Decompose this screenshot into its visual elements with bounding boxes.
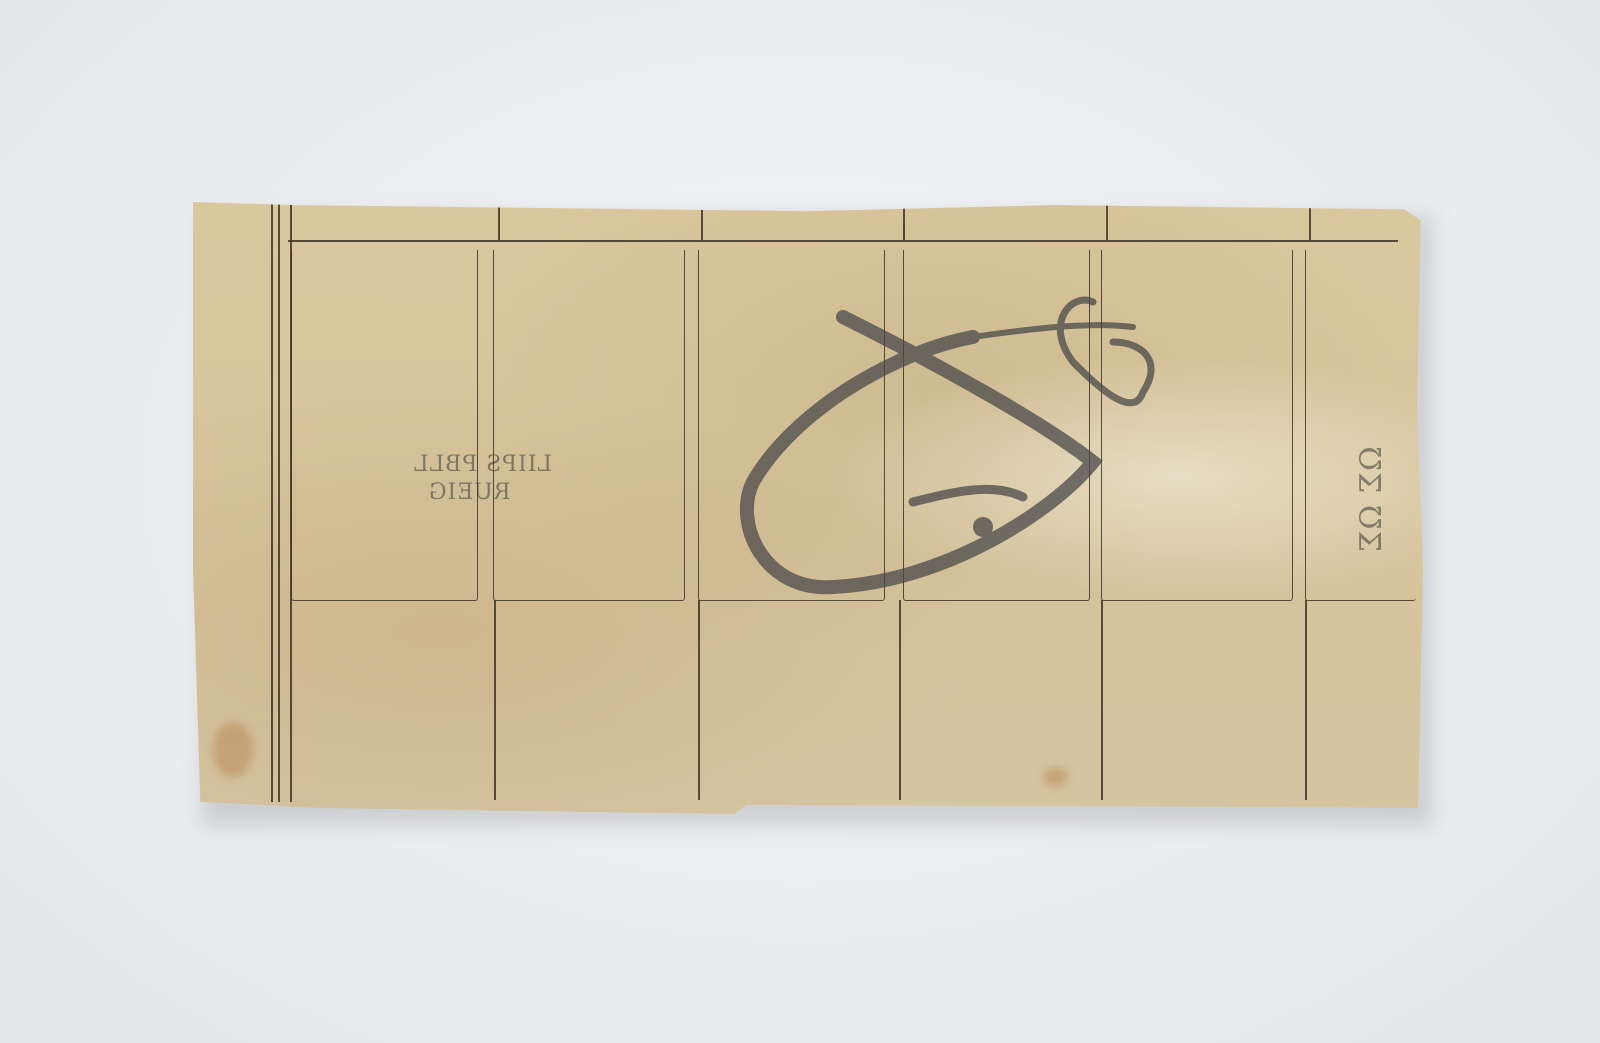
border-line	[271, 202, 273, 802]
panel-2	[493, 250, 685, 601]
panel-1	[291, 250, 478, 601]
lower-line	[899, 600, 901, 800]
ink-drawing	[713, 282, 1193, 612]
lower-line	[698, 600, 700, 800]
stain	[1043, 767, 1068, 787]
border-line	[278, 202, 280, 802]
side-bleed-text: ΩΣ ΩΣ	[1354, 446, 1389, 553]
stub-line	[498, 202, 500, 240]
top-rule	[288, 240, 1398, 242]
lower-line	[1305, 600, 1307, 800]
lower-line	[494, 600, 496, 800]
bleed-text-line2: RUEIG	[428, 480, 510, 505]
stain	[213, 722, 253, 777]
bleed-text-line1: LIIPS PBLL	[413, 452, 552, 477]
lower-line	[1101, 600, 1103, 800]
banknote-reverse: LIIPS PBLL RUEIG ΩΣ ΩΣ	[193, 202, 1423, 814]
stub-line	[1106, 202, 1108, 240]
